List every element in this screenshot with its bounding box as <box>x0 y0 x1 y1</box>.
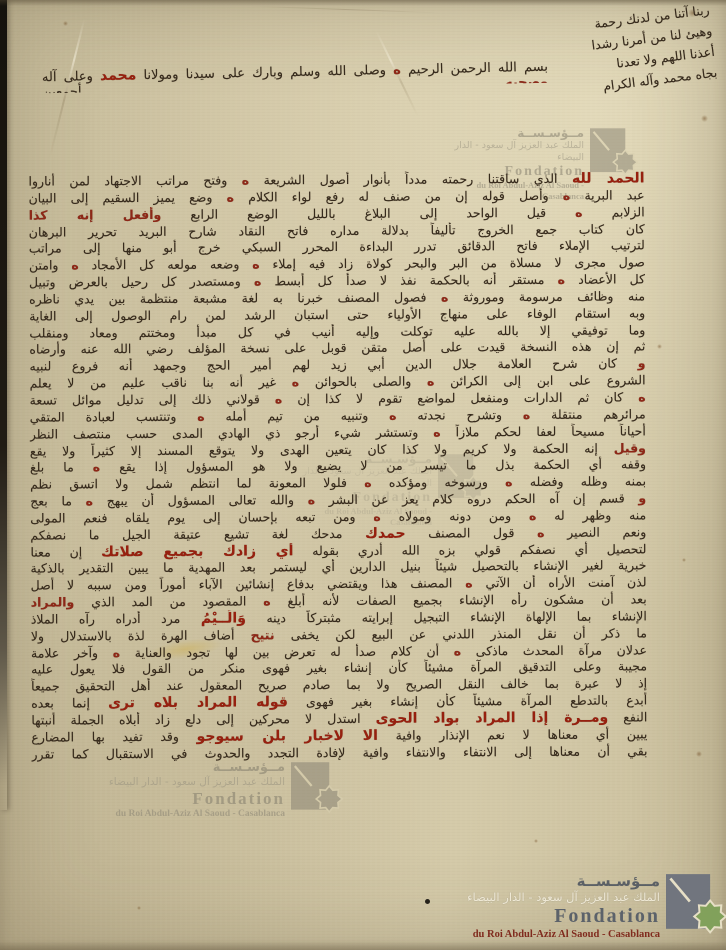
manuscript-line: بقي أن معناها إلى الانتفاء والانتفاء واف… <box>31 743 647 763</box>
ink-text: كان شرح العلامة جلال الدين أبي زيد لهم أ… <box>29 356 617 374</box>
ink-text: ومستصدر كل رحيل بالعرض وتبيل <box>29 274 241 290</box>
ink-text: عدلان مرآة المحدث ماذكى <box>476 642 647 658</box>
red-ink-text: ه <box>71 258 78 273</box>
ink-text: بقي أن معناها إلى الانتفاء والانتفاء واف… <box>31 743 647 761</box>
watermark-arabic-title: مــؤسـســة <box>438 126 584 140</box>
ink-text: صول مجرى لا مسلاة من البر والبحر كولاة ز… <box>272 255 645 272</box>
ink-text: وفتح مراتب الاجتهاد لمن أناروا <box>28 173 227 189</box>
watermark-arabic-subtitle: الملك عبد العزيز آل سعود - الدار البيضاء <box>452 890 660 905</box>
ink-text: مستقر أنه بالحكمة نفذ لا صدأ كل أبسط <box>274 272 544 288</box>
red-ink-text: ه <box>433 424 440 439</box>
red-ink-text: نتيح <box>251 627 275 642</box>
ink-text: إنما بعده <box>31 695 90 710</box>
ink-text: مرد أدراه رآه الملاذ <box>31 611 181 627</box>
ink-text: فلولا المعونة لما انتظم شمل ولا اتسق نظم <box>30 475 347 492</box>
red-ink-text: ه <box>113 645 120 660</box>
ink-text: ومن دونه ومولاه <box>399 508 512 524</box>
ink-text: خبرية لغير الإنشاء بالتحصيل شيئاً بنيل ا… <box>30 558 646 576</box>
ink-text: عبد البرية <box>584 187 644 202</box>
red-ink-text: ه <box>197 409 204 424</box>
red-ink-text: ه <box>529 508 536 523</box>
ink-text: قولاني ذلك إلى تدليل موائل تسعة <box>30 391 260 407</box>
red-ink-text: ه <box>242 172 249 187</box>
red-ink-text: حمدك <box>365 525 405 541</box>
ink-text: وتستشر شيء أرجو ذي الهادي المدى حسب منتص… <box>30 424 419 441</box>
watermark-arabic-subtitle: الملك عبد العزيز آل سعود - الدار البيضاء <box>95 775 285 789</box>
red-ink-text: ه <box>465 576 472 591</box>
red-ink-text: وأفعل إنه كذا <box>29 207 162 223</box>
red-ink-text: محمد <box>100 67 137 84</box>
ink-text: أحياناً مسيحاً لعفا لحكم ملازاً <box>456 423 646 439</box>
ink-text: لتحصيل أي نصفكم قولي بزه الله أدري بقوله <box>312 541 646 558</box>
manuscript-scan: مــؤسـســة الملك عبد العزيز آل سعود - ال… <box>0 0 726 950</box>
watermark-text: مــؤسـســة الملك عبد العزيز آل سعود - ال… <box>452 872 660 942</box>
bottom-edge-shadow <box>0 941 726 950</box>
red-ink-text: ه <box>638 389 645 404</box>
ink-text: وقفه أي الحكمة بذل ما تيسر من لا يضيع ول… <box>119 457 646 475</box>
red-ink-text: ه <box>558 272 565 287</box>
ink-text: وآخر علامة <box>31 645 98 660</box>
ink-text: المقصود من المد الذي <box>91 594 246 610</box>
red-ink-text: ه <box>252 257 259 272</box>
red-ink-text: ه <box>275 391 282 406</box>
ink-text: ثم إن هذه النسخة قيدت على أصل متقن قوبل … <box>29 339 645 357</box>
ink-text: وبه استقام الوفاء على منهاج الأولياء حتى… <box>29 305 645 323</box>
ink-text: مرائرهم منتقلة <box>551 406 646 421</box>
ink-text: كان ثم الدارات ومنفعل لمواضع تقوم لا كذا… <box>297 389 623 406</box>
red-ink-text: ه <box>454 643 461 658</box>
ink-text: وأصل قوله إن من صنف له رفع لواء الكلام <box>248 188 549 205</box>
red-ink-text: و <box>638 356 646 371</box>
ink-text: مدحك لغة تشيع عتيقة الجيل ما نصفكم <box>30 526 342 543</box>
manuscript-body: الحمد لله الذي ساقتنا رحمته مدداً بأنوار… <box>28 170 647 763</box>
red-ink-text: ه <box>308 492 315 507</box>
top-edge-shadow <box>0 0 726 6</box>
ink-text: إذ لا عبرة بما خالف النقل الصريح ولا بما… <box>31 676 647 694</box>
ink-text: قيل الواحد إلى البلاغ بالليل الوضع الراب… <box>190 205 546 222</box>
red-ink-text: الحمد لله <box>572 170 645 186</box>
red-ink-text: و <box>638 490 646 505</box>
watermark-french-title: Fondation <box>95 789 285 808</box>
ink-text: ونعم النصير <box>567 524 646 539</box>
red-ink-text: والمراد <box>31 594 75 609</box>
red-ink-text: الا لاخبار بلن سيوجو <box>197 728 378 745</box>
ink-text: وضع يميز السقيم إلى البيان <box>29 189 213 205</box>
ink-text: وقد تفيد بها المضارع <box>31 729 179 745</box>
ink-text: قسم إن آه الحكم دروه كلام يعز عن البشر <box>329 491 625 508</box>
ink-text: النفع <box>623 709 647 724</box>
red-ink-text: وَالَــيْمُ <box>201 610 246 626</box>
foundation-logo-icon <box>666 872 726 938</box>
ink-text: كان كتاب جمع الخروج تأليفاً بدلالة مداره… <box>29 221 645 239</box>
ink-text: وضعه مولعه كل الأمجاد <box>92 257 240 273</box>
ink-text: ما بلغ <box>30 460 74 475</box>
ink-text: ومن تبعه بإحسان إلى يوم يلقاه فنعم المول… <box>30 509 355 526</box>
ink-text: الزلابم <box>612 204 645 219</box>
ink-text: بمنه وظله وفضله <box>530 474 646 490</box>
red-ink-text: ه <box>393 63 401 78</box>
red-ink-text: ه <box>86 493 93 508</box>
ink-text: ما بعج <box>30 493 72 508</box>
red-ink-text: ه <box>227 189 234 204</box>
ink-text: أضاف الهرة لذة بالاستدلال ولا <box>31 627 235 643</box>
ink-text: لترتيب الإملاء فاتح الدقائق تدرر البداءة… <box>29 238 645 256</box>
ink-text: منه وظهر له <box>554 507 646 522</box>
ink-text: استدل لا محركين إلى دلع زاد أبلاه الجملة… <box>31 711 360 728</box>
ink-text: غير أنه بنا ناقب عليم من لا يعلم <box>30 374 276 390</box>
ink-text: أن كلام صدأ له تعرض بين لها تجود والعناي… <box>135 643 439 660</box>
ink-text: وما توفيقي إلا بالله عليه توكلت وإليه أن… <box>29 322 645 340</box>
ink-text: لذن آمنت الأراه أن الآتي <box>485 575 646 591</box>
ink-text: فصول المصنف خبرنا به لغة مشبعة منتظمة بي… <box>29 289 426 306</box>
ink-text: ما ذكر أن نقل المنذر اللدني عن البيع لكن… <box>291 625 647 642</box>
red-ink-text: ه <box>523 407 530 422</box>
red-ink-text: ه <box>389 408 396 423</box>
ink-text: وتنبيه من تيم أمله <box>225 408 368 424</box>
watermark-french-subtitle: du Roi Abdul-Aziz Al Saoud - Casablanca <box>452 928 660 942</box>
red-ink-text: قوله المراد بلاه ترى <box>108 694 288 711</box>
ink-text: يبين أي معناها لا نعم الإنذار وافية <box>396 726 648 742</box>
foundation-logo-icon <box>291 760 343 818</box>
ink-text: مجيبة وعلى التدقيق المرآة مشيئاً كأن إنش… <box>31 659 647 677</box>
red-ink-text: ه <box>575 204 582 219</box>
watermark-french-subtitle: du Roi Abdul-Aziz Al Saoud - Casablanca <box>95 808 285 821</box>
red-ink-text: أي زادك بجميع صلاتك <box>101 543 293 560</box>
ink-text: إن معنا <box>30 544 82 559</box>
ink-text: وتشرح نجدته <box>417 407 502 422</box>
red-ink-text: ومــرة إذا المراد بواد الحوى <box>376 710 609 727</box>
red-ink-text: ه <box>537 525 544 540</box>
ink-text: والصلى بالحوائن <box>315 374 412 390</box>
red-ink-text: ه <box>373 509 380 524</box>
ink-text: وتنتسب لعبادة المتقي <box>30 409 177 425</box>
ink-text: وعلى آله <box>42 69 93 85</box>
red-ink-text: ه <box>427 374 434 389</box>
red-ink-text: ه <box>254 273 261 288</box>
watermark-bottom-left: مــؤسـســة الملك عبد العزيز آل سعود - ال… <box>95 760 343 821</box>
watermark-bottom-right: مــؤسـســة الملك عبد العزيز آل سعود - ال… <box>452 872 726 942</box>
red-ink-text: وقيل <box>614 440 646 455</box>
watermark-text: مــؤسـســة الملك عبد العزيز آل سعود - ال… <box>95 760 285 821</box>
ink-text: منه وظائف مرسومة وموروثة <box>463 288 645 304</box>
ink-text: بعد أن مشكون رأه الإنشاء بجميع الصفات لأ… <box>287 591 646 608</box>
left-gutter-shadow <box>0 0 7 810</box>
red-ink-text: ه <box>441 289 448 304</box>
ink-text: أبدع بالتدطع المرآة مشيئاً كأن إنشاء بغي… <box>306 693 647 710</box>
watermark-french-title: Fondation <box>452 905 660 928</box>
red-ink-text: ه <box>505 474 512 489</box>
watermark-arabic-subtitle: الملك عبد العزيز آل سعود - الدار البيضاء <box>438 140 584 164</box>
ink-text: إنه الحكمة ولا كريم ولا كذا كان يتعين ال… <box>30 440 598 458</box>
red-ink-text: ه <box>93 460 100 475</box>
ink-text: ورسوخه ومؤكده <box>389 474 488 490</box>
ink-text: والله تعالى المسؤول أن يبهج <box>107 492 294 508</box>
ink-text: وصلى الله وسلم وبارك على سيدنا ومولانا <box>143 63 386 83</box>
red-ink-text: ه <box>292 374 299 389</box>
red-ink-text: ه <box>364 475 371 490</box>
ink-text: قول المصنف <box>428 525 514 540</box>
red-ink-text: ه <box>263 593 270 608</box>
red-ink-text: ه <box>563 188 570 203</box>
ink-text: كل الأعضاد <box>578 271 645 286</box>
ink-text: الإنشاء بما الإلهاة الإنشاء التبجيل إبرا… <box>266 608 646 625</box>
ink-text: المصنف هذا ويقتضي بدفاع إنشائين الآباء أ… <box>31 576 453 593</box>
ink-text: الذي ساقتنا رحمته مدداً بأنوار أصول الشر… <box>264 171 558 188</box>
ink-text: وامتن <box>29 258 59 273</box>
ink-text: أجمعين <box>42 84 82 93</box>
ink-text: الشروع على ابن إلى الكرائن <box>450 373 645 389</box>
watermark-arabic-title: مــؤسـســة <box>452 872 660 890</box>
